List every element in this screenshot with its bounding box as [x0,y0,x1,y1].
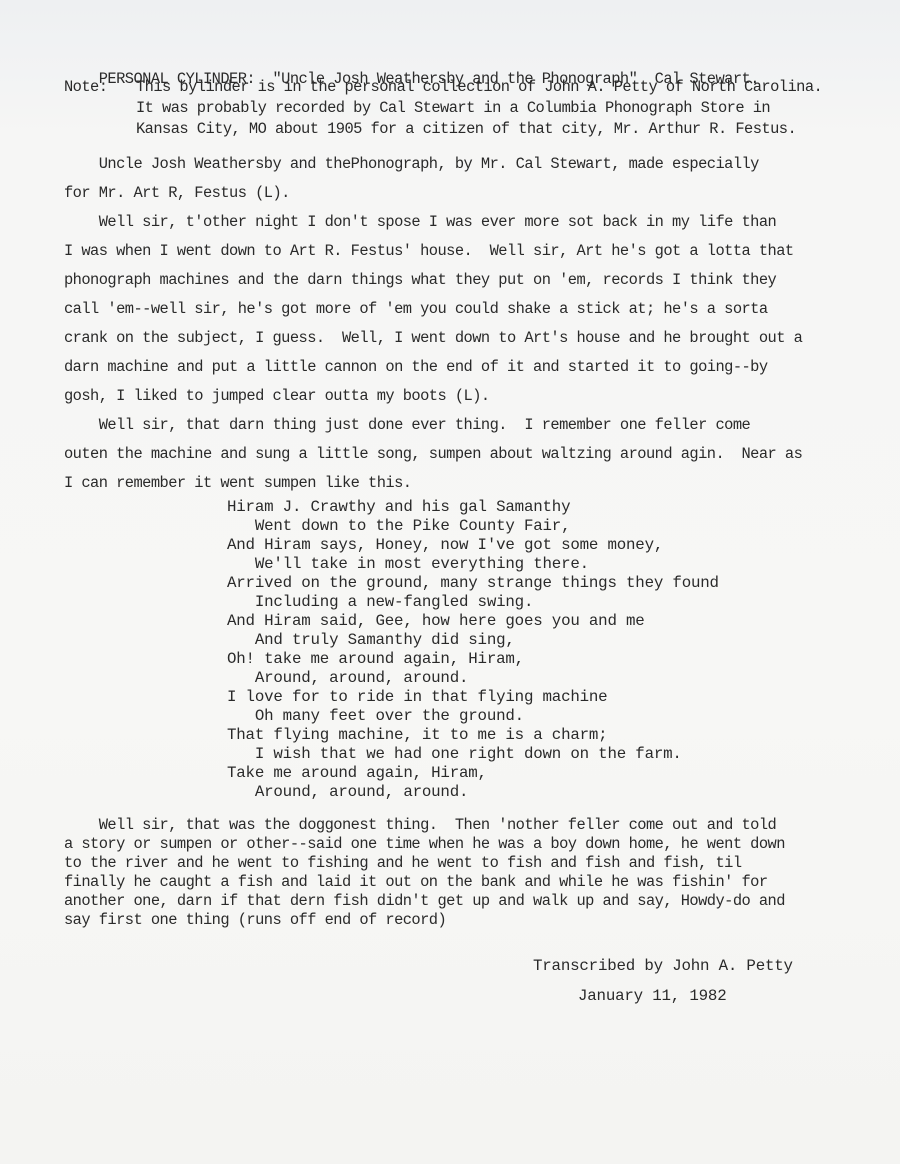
transcription-date: January 11, 1982 [578,987,726,1006]
verse-line: And truly Samanthy did sing, [227,631,515,650]
paragraph-line: I can remember it went sumpen like this. [64,473,411,493]
intro-line: for Mr. Art R, Festus (L). [64,183,290,203]
verse-line: And Hiram says, Honey, now I've got some… [227,536,663,555]
note-label: Note: [64,77,107,97]
note-line: It was probably recorded by Cal Stewart … [136,98,770,118]
verse-line: I love for to ride in that flying machin… [227,688,607,707]
paragraph-line: to the river and he went to fishing and … [64,853,742,873]
transcribed-by: Transcribed by John A. Petty [533,957,793,976]
verse-line: Around, around, around. [227,783,468,802]
verse-line: Take me around again, Hiram, [227,764,487,783]
paragraph-line: a story or sumpen or other--said one tim… [64,834,785,854]
verse-line: We'll take in most everything there. [227,555,589,574]
paragraph-line: outen the machine and sung a little song… [64,444,802,464]
verse-line: Oh many feet over the ground. [227,707,524,726]
paragraph-line: say first one thing (runs off end of rec… [64,910,446,930]
verse-line: Hiram J. Crawthy and his gal Samanthy [227,498,570,517]
paragraph-line: call 'em--well sir, he's got more of 'em… [64,299,768,319]
paragraph-line: another one, darn if that dern fish didn… [64,891,785,911]
paragraph-line: phonograph machines and the darn things … [64,270,776,290]
paragraph-line: Well sir, that was the doggonest thing. … [64,815,776,835]
paragraph-line: gosh, I liked to jumped clear outta my b… [64,386,490,406]
verse-line: And Hiram said, Gee, how here goes you a… [227,612,645,631]
paragraph-line: Well sir, that darn thing just done ever… [64,415,750,435]
paragraph-line: finally he caught a fish and laid it out… [64,872,768,892]
verse-line: Around, around, around. [227,669,468,688]
note-line: Kansas City, MO about 1905 for a citizen… [136,119,796,139]
verse-line: Including a new-fangled swing. [227,593,533,612]
verse-line: That flying machine, it to me is a charm… [227,726,607,745]
paragraph-line: darn machine and put a little cannon on … [64,357,768,377]
note-line: This bylinder is in the personal collect… [136,77,822,97]
verse-line: Oh! take me around again, Hiram, [227,650,524,669]
paragraph-line: crank on the subject, I guess. Well, I w… [64,328,802,348]
typewritten-page: PERSONAL CYLINDER: "Uncle Josh Weathersb… [0,0,900,1164]
intro-line: Uncle Josh Weathersby and thePhonograph,… [64,154,759,174]
verse-line: I wish that we had one right down on the… [227,745,682,764]
verse-line: Arrived on the ground, many strange thin… [227,574,719,593]
paragraph-line: I was when I went down to Art R. Festus'… [64,241,794,261]
verse-line: Went down to the Pike County Fair, [227,517,570,536]
paragraph-line: Well sir, t'other night I don't spose I … [64,212,776,232]
